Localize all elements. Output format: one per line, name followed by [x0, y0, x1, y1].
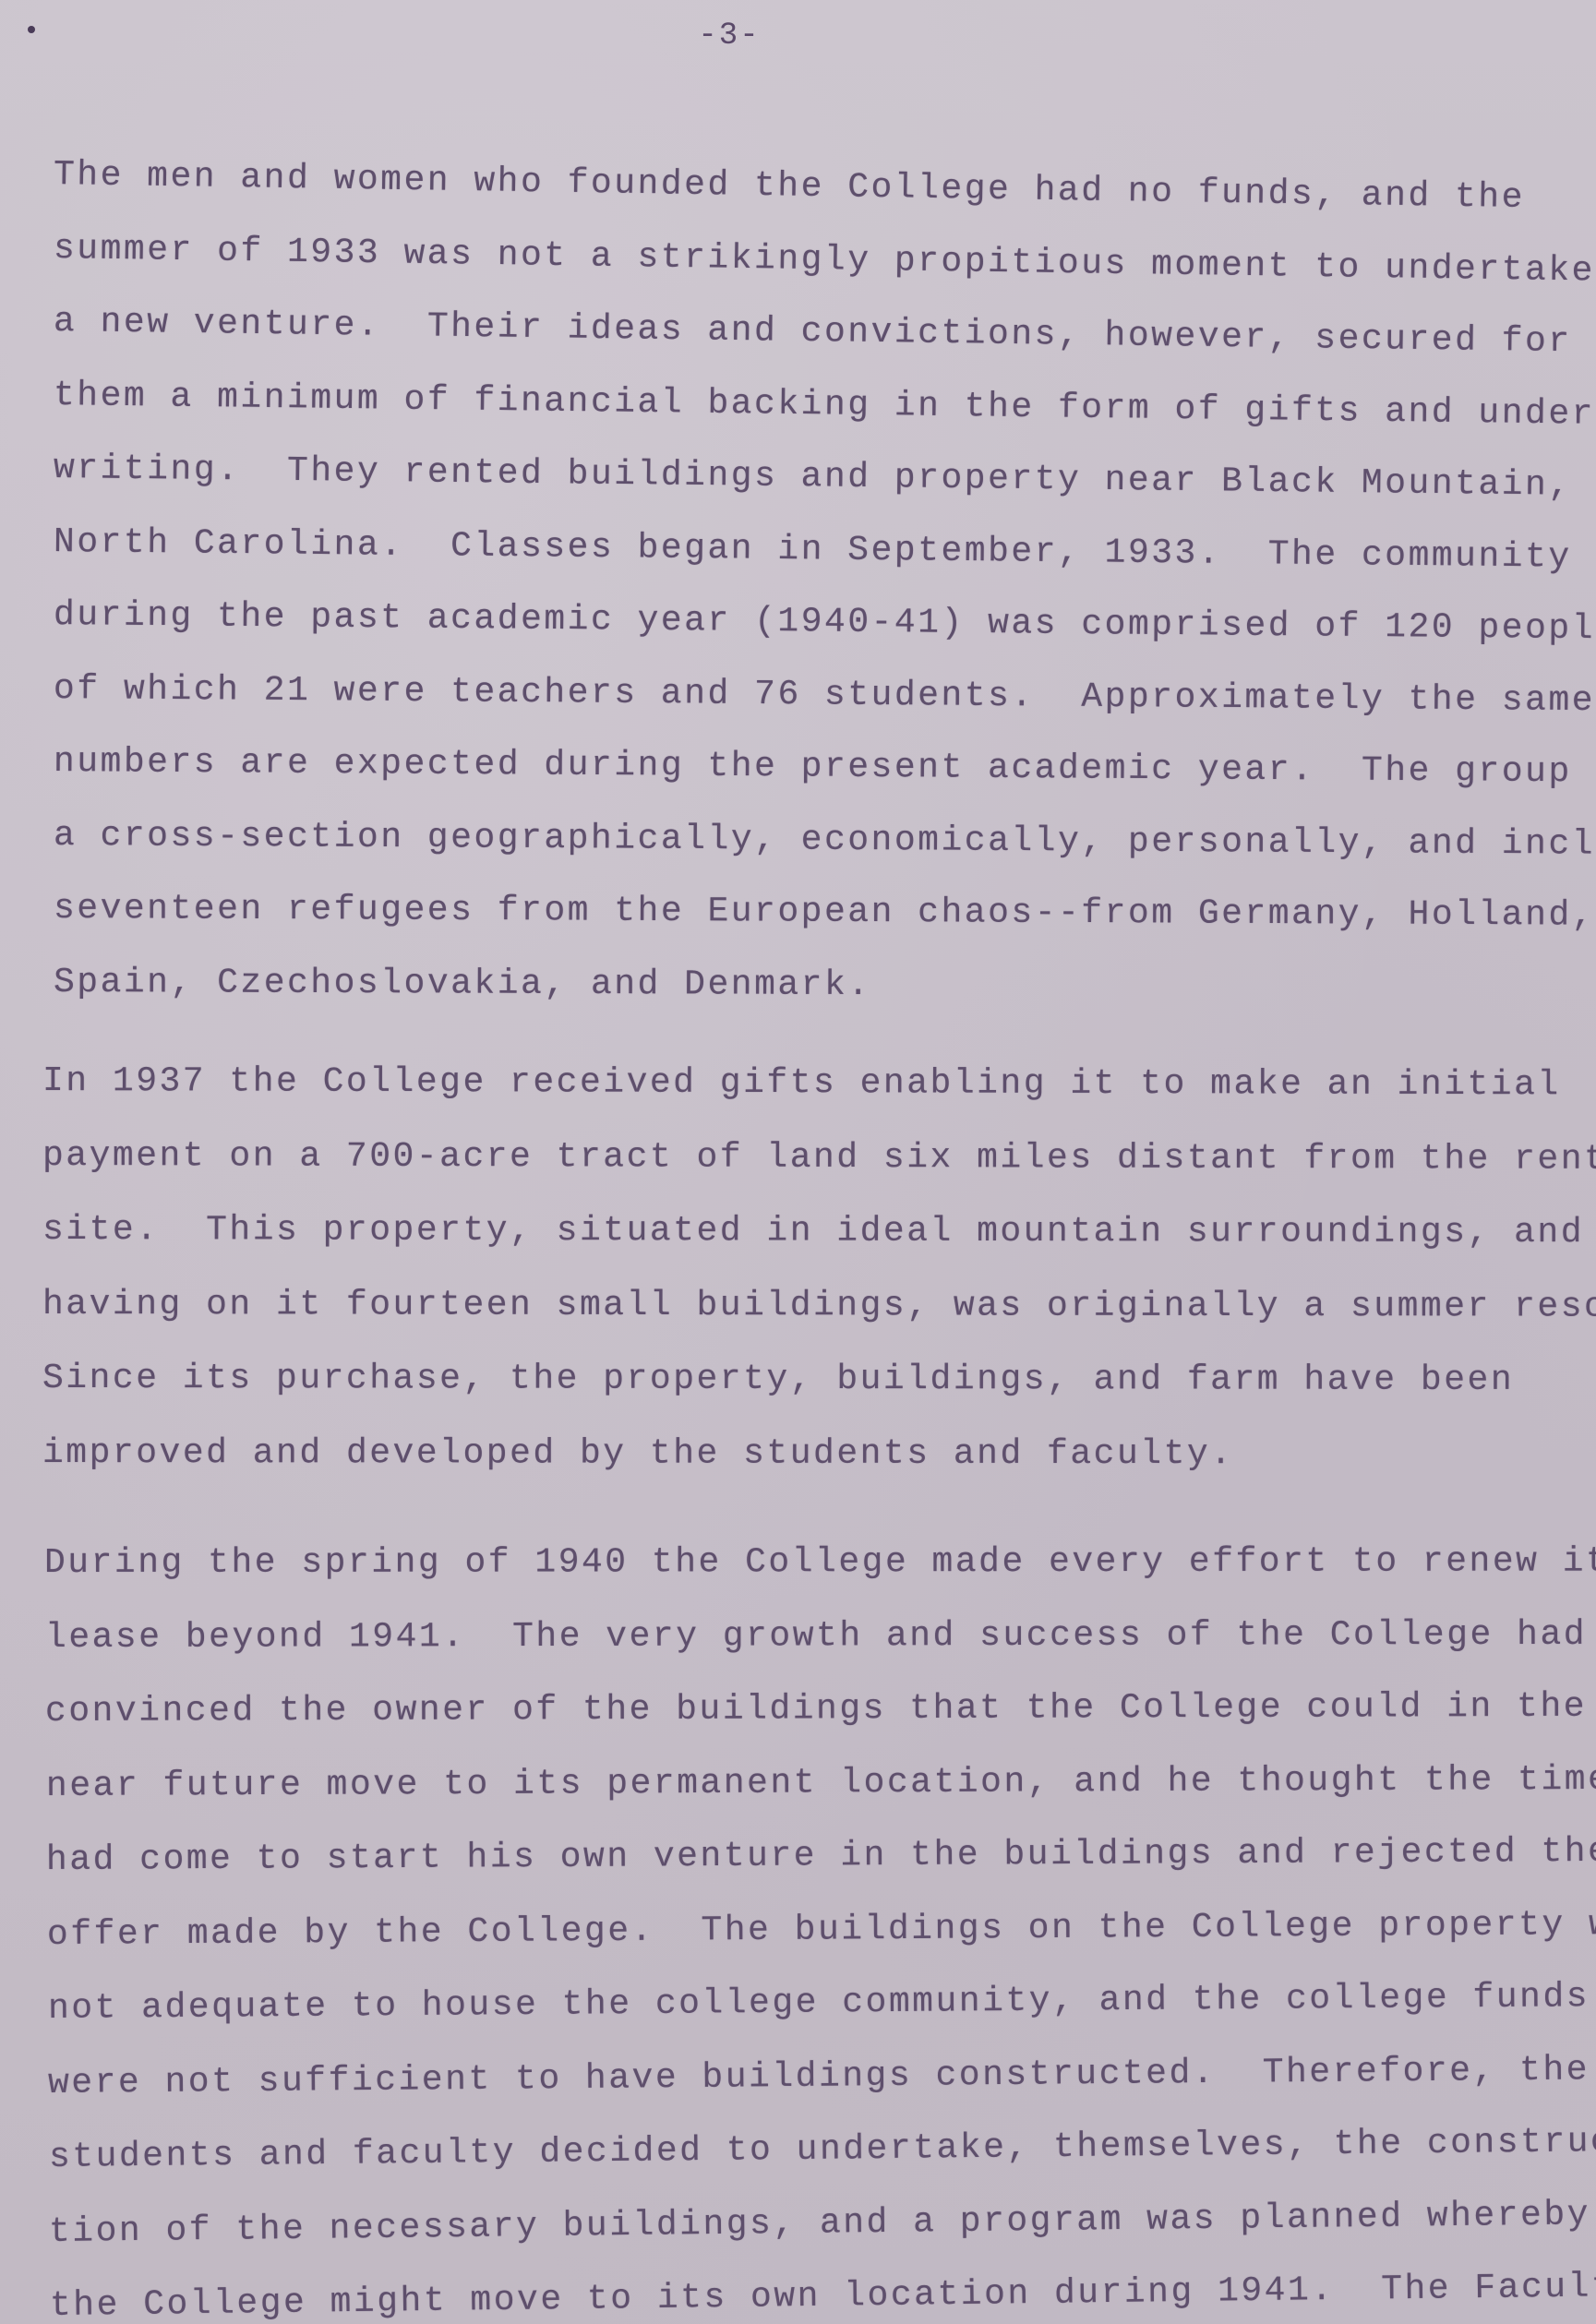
text-line: a cross-section geographically, economic…	[54, 816, 1596, 865]
text-line: seventeen refugees from the European cha…	[54, 889, 1595, 936]
text-line: Spain, Czechoslovakia, and Denmark.	[54, 963, 871, 1005]
text-line: near future move to its permanent locati…	[46, 1759, 1596, 1805]
typewritten-page: -3- The men and women who founded the Co…	[0, 0, 1596, 2324]
text-line: The men and women who founded the Colleg…	[54, 155, 1526, 218]
text-line: them a minimum of financial backing in t…	[54, 376, 1596, 435]
text-line: North Carolina. Classes began in Septemb…	[54, 522, 1572, 578]
text-line: lease beyond 1941. The very growth and s…	[45, 1614, 1587, 1657]
page-number: -3-	[0, 18, 1458, 54]
text-line: writing. They rented buildings and prope…	[54, 449, 1572, 506]
text-line: convinced the owner of the buildings tha…	[45, 1687, 1587, 1731]
text-line: numbers are expected during the present …	[54, 742, 1596, 793]
text-line: students and faculty decided to undertak…	[49, 2122, 1596, 2177]
text-line: had come to start his own venture in the…	[46, 1832, 1596, 1880]
text-line: In 1937 the College received gifts enabl…	[42, 1061, 1561, 1105]
text-line: improved and developed by the students a…	[42, 1433, 1234, 1474]
text-line: not adequate to house the college commun…	[47, 1977, 1589, 2029]
text-line: During the spring of 1940 the College ma…	[44, 1541, 1596, 1583]
text-line: of which 21 were teachers and 76 student…	[54, 669, 1595, 721]
text-line: during the past academic year (1940-41) …	[54, 595, 1596, 650]
text-line: Since its purchase, the property, buildi…	[42, 1359, 1514, 1400]
text-line: having on it fourteen small buildings, w…	[42, 1285, 1596, 1327]
text-line: a new venture. Their ideas and convictio…	[54, 302, 1572, 362]
text-line: tion of the necessary buildings, and a p…	[49, 2195, 1590, 2252]
text-line: summer of 1933 was not a strikingly prop…	[54, 229, 1595, 291]
text-line: the College might move to its own locati…	[50, 2267, 1596, 2324]
text-line: payment on a 700-acre tract of land six …	[42, 1136, 1596, 1180]
text-line: offer made by the College. The buildings…	[47, 1904, 1596, 1954]
text-line: were not sufficient to have buildings co…	[48, 2050, 1590, 2103]
text-line: site. This property, situated in ideal m…	[42, 1210, 1584, 1252]
